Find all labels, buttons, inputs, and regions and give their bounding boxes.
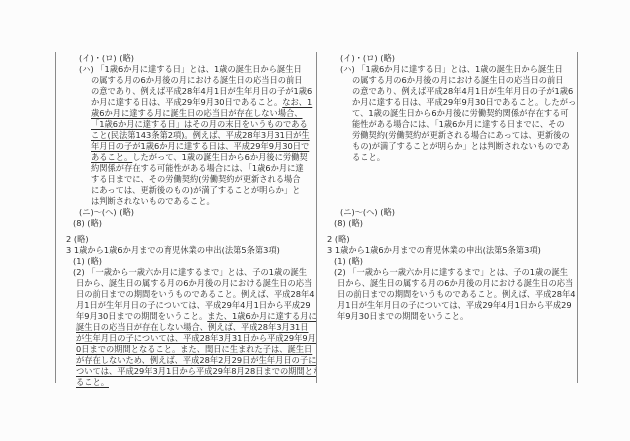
text-segment: 2 (略) — [327, 234, 350, 244]
text-line: (ハ) 「1歳6か月に達する日」とは、1歳の誕生日から誕生日 — [56, 64, 316, 75]
text-line: 「1歳6か月に達する日」はその月の末日をいうものである — [56, 119, 316, 130]
text-segment: の意であり、例えば平成28年4月1日が生年月日の子が1歳6 — [352, 86, 573, 96]
text-segment: 月1日が生年月日の子については、平成29年4月1日から平成29 — [337, 300, 572, 310]
text-segment: (8) (略) — [334, 218, 363, 228]
text-segment: (2) 「一歳から一歳六か月に達するまで」とは、子の1歳の誕生 — [73, 267, 307, 277]
text-segment: (ハ) 「1歳6か月に達する日」とは、1歳の誕生日から誕生日 — [79, 64, 302, 74]
text-line: 約関係が存在する可能性がある場合には、「1歳6か月に達 — [56, 163, 316, 174]
text-line: て、1歳の誕生日から6か月後に労働契約関係が存在する可 — [317, 108, 577, 119]
text-line: (ニ)〜(ヘ) (略) — [56, 207, 316, 218]
text-segment: の属する月の6か月後の月における誕生日の応当日の前日 — [91, 75, 303, 85]
underlined-text-segment: 0日までの期間となること。また、閏日に生まれた子は、誕生日 — [76, 344, 312, 354]
text-segment: 日の前日までの期間をいうものであること。例えば、平成28年4 — [76, 289, 315, 299]
text-segment: 月1日が生年月日の子については、平成29年4月1日から平成29 — [76, 300, 311, 310]
text-line: が生年月日の子については、平成28年3月31日から平成29年9月3 — [56, 333, 316, 344]
text-segment: の属する月の6か月後の月における誕生日の応当日の前日 — [352, 75, 564, 85]
text-line: 歳6か月に達する月に誕生日の応当日が存在しない場合、 — [56, 108, 316, 119]
text-line: 月1日が生年月日の子については、平成29年4月1日から平成29 — [317, 300, 577, 311]
text-line: 月1日が生年月日の子については、平成29年4月1日から平成29 — [56, 300, 316, 311]
text-segment: (1) (略) — [334, 256, 363, 266]
text-line: (8) (略) — [56, 218, 316, 229]
text-line: 年9月30日までの期間をいうこと。 — [317, 311, 577, 322]
text-line: (2) 「一歳から一歳六か月に達するまで」とは、子の1歳の誕生 — [56, 267, 316, 278]
text-line: もの)が満了することが明らか」とは判断されないものであ — [317, 141, 577, 152]
text-line: 2 (略) — [317, 234, 577, 245]
underlined-text-segment: なお、1 — [282, 97, 312, 107]
underlined-text-segment: こと(民法第143条第2項)。例えば、平成28年3月31日が生 — [91, 130, 310, 140]
text-line: (ニ)〜(ヘ) (略) — [317, 207, 577, 218]
text-line: か月に達する日は、平成29年9月30日であること。したがっ — [317, 97, 577, 108]
text-segment: 日から、誕生日の属する月の6か月後の月における誕生日の応当 — [76, 278, 312, 288]
text-segment: は判断されないものであること。 — [91, 196, 215, 206]
text-line: する日までに、その労働契約(労働契約が更新される場合 — [56, 174, 316, 185]
text-line: ること。 — [317, 152, 577, 163]
text-segment: (イ)・(ロ) (略) — [340, 53, 395, 63]
text-line: あること。したがって、1歳の誕生日から6か月後に労働契 — [56, 152, 316, 163]
text-segment: (1) (略) — [73, 256, 102, 266]
text-segment: (ニ)〜(ヘ) (略) — [340, 207, 395, 217]
underlined-text-segment: あること。 — [91, 152, 132, 162]
text-segment: したがって、1歳の誕生日から6か月後に労働契 — [132, 152, 307, 162]
text-line: 労働契約(労働契約が更新される場合にあっては、更新後の — [317, 130, 577, 141]
text-line: 能性がある場合には、「1歳6か月に達する日までに、その — [317, 119, 577, 130]
text-line: の属する月の6か月後の月における誕生日の応当日の前日 — [56, 75, 316, 86]
text-segment: 約関係が存在する可能性がある場合には、「1歳6か月に達 — [91, 163, 304, 173]
underlined-text-segment: 「1歳6か月に達する日」はその月の末日をいうものである — [91, 119, 308, 129]
text-line: の意であり、例えば平成28年4月1日が生年月日の子が1歳6 — [317, 86, 577, 97]
column-gap — [317, 163, 577, 207]
text-segment: か月に達する日は、平成29年9月30日であること。 — [91, 97, 282, 107]
underlined-text-segment: ついては、平成29年3月1日から平成29年8月28日までの期間とな — [76, 366, 316, 376]
text-line: 年月日の子が1歳6か月に達する日は、平成29年9月30日で — [56, 141, 316, 152]
underlined-text-segment: が存在しないため、例えば、平成28年2月29日が生年月日の子に — [76, 355, 316, 365]
text-segment: 3 1歳から1歳6か月までの育児休業の申出(法第5条第3項) — [327, 245, 541, 255]
text-line: にあっては、更新後のもの)が満了することが明らか」と — [56, 185, 316, 196]
text-line: 日から、誕生日の属する月の6か月後の月における誕生日の応当 — [56, 278, 316, 289]
underlined-text-segment: が生年月日の子については、平成28年3月31日から平成29年9月3 — [76, 333, 316, 343]
text-segment: する日までに、その労働契約(労働契約が更新される場合 — [91, 174, 300, 184]
text-segment: 能性がある場合には、「1歳6か月に達する日までに、その — [352, 119, 565, 129]
text-segment: もの)が満了することが明らか」とは判断されないものであ — [352, 141, 570, 151]
text-line: (イ)・(ロ) (略) — [56, 53, 316, 64]
text-segment: て、1歳の誕生日から6か月後に労働契約関係が存在する可 — [352, 108, 569, 118]
text-line: (1) (略) — [317, 256, 577, 267]
text-line: (1) (略) — [56, 256, 316, 267]
text-line: 誕生日の応当日が存在しない場合、例えば、平成28年3月31日 — [56, 322, 316, 333]
text-segment: の意であり、例えば平成28年4月1日が生年月日の子が1歳6 — [91, 86, 312, 96]
text-segment: 年9月30日までの期間をいうこと。 — [76, 311, 207, 321]
text-line: 3 1歳から1歳6か月までの育児休業の申出(法第5条第3項) — [56, 245, 316, 256]
text-line: ついては、平成29年3月1日から平成29年8月28日までの期間とな — [56, 366, 316, 377]
text-line: 3 1歳から1歳6か月までの育児休業の申出(法第5条第3項) — [317, 245, 577, 256]
text-line: (ハ) 「1歳6か月に達する日」とは、1歳の誕生日から誕生日 — [317, 64, 577, 75]
text-line: (イ)・(ロ) (略) — [317, 53, 577, 64]
text-line: 2 (略) — [56, 234, 316, 245]
text-segment: (2) 「一歳から一歳六か月に達するまで」とは、子の1歳の誕生 — [334, 267, 568, 277]
text-line: は判断されないものであること。 — [56, 196, 316, 207]
text-segment: (ハ) 「1歳6か月に達する日」とは、1歳の誕生日から誕生日 — [340, 64, 563, 74]
text-line: 日から、誕生日の属する月の6か月後の月における誕生日の応当 — [317, 278, 577, 289]
text-line: 0日までの期間となること。また、閏日に生まれた子は、誕生日 — [56, 344, 316, 355]
text-line: 日の前日までの期間をいうものであること。例えば、平成28年4 — [56, 289, 316, 300]
text-segment: 年9月30日までの期間をいうこと。 — [337, 311, 468, 321]
text-line: か月に達する日は、平成29年9月30日であること。なお、1 — [56, 97, 316, 108]
text-line: の意であり、例えば平成28年4月1日が生年月日の子が1歳6 — [56, 86, 316, 97]
underlined-text-segment: 歳6か月に達する月に誕生日の応当日が存在しない場合、 — [91, 108, 303, 118]
text-segment: 労働契約(労働契約が更新される場合にあっては、更新後の — [352, 130, 570, 140]
text-segment: ること。 — [352, 152, 385, 162]
text-line: こと(民法第143条第2項)。例えば、平成28年3月31日が生 — [56, 130, 316, 141]
text-segment: (ニ)〜(ヘ) (略) — [79, 207, 134, 217]
text-line: ること。 — [56, 377, 316, 388]
text-line: 日の前日までの期間をいうものであること。例えば、平成28年4 — [317, 289, 577, 300]
text-segment: (8) (略) — [73, 218, 102, 228]
text-segment: 日の前日までの期間をいうものであること。例えば、平成28年4 — [337, 289, 576, 299]
text-segment: 日から、誕生日の属する月の6か月後の月における誕生日の応当 — [337, 278, 573, 288]
left-column: (イ)・(ロ) (略)(ハ) 「1歳6か月に達する日」とは、1歳の誕生日から誕生… — [56, 53, 316, 388]
underlined-text-segment: 誕生日の応当日が存在しない場合、例えば、平成28年3月31日 — [76, 322, 309, 332]
text-line: が存在しないため、例えば、平成28年2月29日が生年月日の子に — [56, 355, 316, 366]
text-segment: か月に達する日は、平成29年9月30日であること。したがっ — [352, 97, 576, 107]
text-line: (2) 「一歳から一歳六か月に達するまで」とは、子の1歳の誕生 — [317, 267, 577, 278]
underlined-text-segment: 年月日の子が1歳6か月に達する日は、平成29年9月30日で — [91, 141, 309, 151]
text-segment: 2 (略) — [66, 234, 89, 244]
text-line: (8) (略) — [317, 218, 577, 229]
underlined-text-segment: また、1歳6か月に達する月に — [207, 311, 316, 321]
text-segment: (イ)・(ロ) (略) — [79, 53, 134, 63]
document-page: (イ)・(ロ) (略)(ハ) 「1歳6か月に達する日」とは、1歳の誕生日から誕生… — [0, 0, 630, 441]
right-column: (イ)・(ロ) (略)(ハ) 「1歳6か月に達する日」とは、1歳の誕生日から誕生… — [317, 53, 577, 322]
text-segment: にあっては、更新後のもの)が満了することが明らか」と — [91, 185, 300, 195]
text-line: の属する月の6か月後の月における誕生日の応当日の前日 — [317, 75, 577, 86]
table-rule-right — [577, 52, 578, 383]
underlined-text-segment: ること。 — [76, 377, 109, 387]
text-line: 年9月30日までの期間をいうこと。また、1歳6か月に達する月に — [56, 311, 316, 322]
text-segment: 3 1歳から1歳6か月までの育児休業の申出(法第5条第3項) — [66, 245, 280, 255]
